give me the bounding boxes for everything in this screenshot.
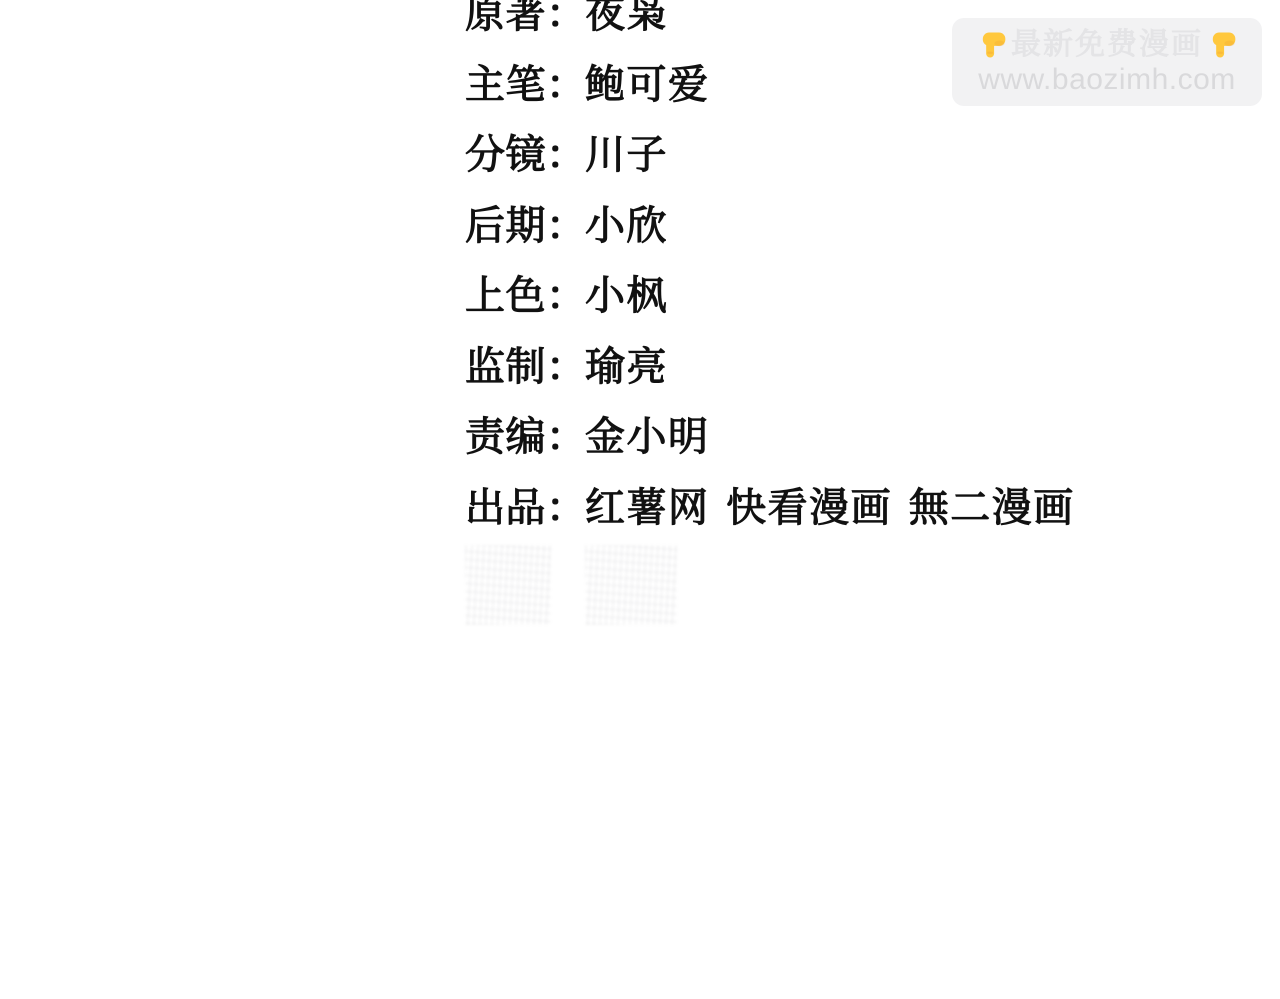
faded-text-smudge <box>585 545 677 625</box>
credit-role-label: 后期： <box>465 191 585 262</box>
credit-row: 责编：金小明 <box>465 402 1075 473</box>
credit-role-text: 出品 <box>465 486 546 530</box>
credit-name: 瑜亮 <box>585 332 668 403</box>
credit-name: 红薯网 快看漫画 無二漫画 <box>585 473 1075 544</box>
credit-row: 监制：瑜亮 <box>465 332 1075 403</box>
credit-role-label: 责编： <box>465 402 585 473</box>
credit-colon: ： <box>546 415 587 459</box>
credit-role-text: 监制 <box>465 345 546 389</box>
watermark-badge: 最新免费漫画 www.baozimh.com <box>952 18 1262 106</box>
credit-role-label: 出品： <box>465 473 585 544</box>
credit-role-text: 原著 <box>465 0 546 36</box>
credit-row: 分镜：川子 <box>465 120 1075 191</box>
credit-name: 鲍可爱 <box>585 50 710 121</box>
credit-role-text: 分镜 <box>465 133 546 177</box>
credit-colon: ： <box>546 345 587 389</box>
credit-colon: ： <box>546 133 587 177</box>
pointing-down-hand-icon <box>977 29 1007 61</box>
watermark-text: 最新免费漫画 <box>1011 28 1203 62</box>
watermark-url: www.baozimh.com <box>978 63 1236 97</box>
credit-role-label: 监制： <box>465 332 585 403</box>
credit-row: 出品：红薯网 快看漫画 無二漫画 <box>465 473 1075 544</box>
watermark-line1: 最新免费漫画 <box>977 28 1237 62</box>
credit-role-label: 主笔： <box>465 50 585 121</box>
credit-row: 后期：小欣 <box>465 191 1075 262</box>
credit-name: 川子 <box>585 120 668 191</box>
credit-name: 金小明 <box>585 402 710 473</box>
credit-row: 上色：小枫 <box>465 261 1075 332</box>
credit-role-text: 主笔 <box>465 63 546 107</box>
credit-role-text: 上色 <box>465 274 546 318</box>
credit-name: 小枫 <box>585 261 668 332</box>
credit-colon: ： <box>546 204 587 248</box>
credit-role-text: 后期 <box>465 204 546 248</box>
pointing-down-hand-icon <box>1207 29 1237 61</box>
credit-colon: ： <box>546 486 587 530</box>
credit-colon: ： <box>546 274 587 318</box>
credit-role-label: 原著： <box>465 0 585 50</box>
credit-role-text: 责编 <box>465 415 546 459</box>
credit-name: 夜枭 <box>585 0 668 50</box>
credit-colon: ： <box>546 0 587 36</box>
credit-role-label: 上色： <box>465 261 585 332</box>
credit-name: 小欣 <box>585 191 668 262</box>
credit-colon: ： <box>546 63 587 107</box>
faded-text-smudge <box>465 545 551 625</box>
credit-role-label: 分镜： <box>465 120 585 191</box>
